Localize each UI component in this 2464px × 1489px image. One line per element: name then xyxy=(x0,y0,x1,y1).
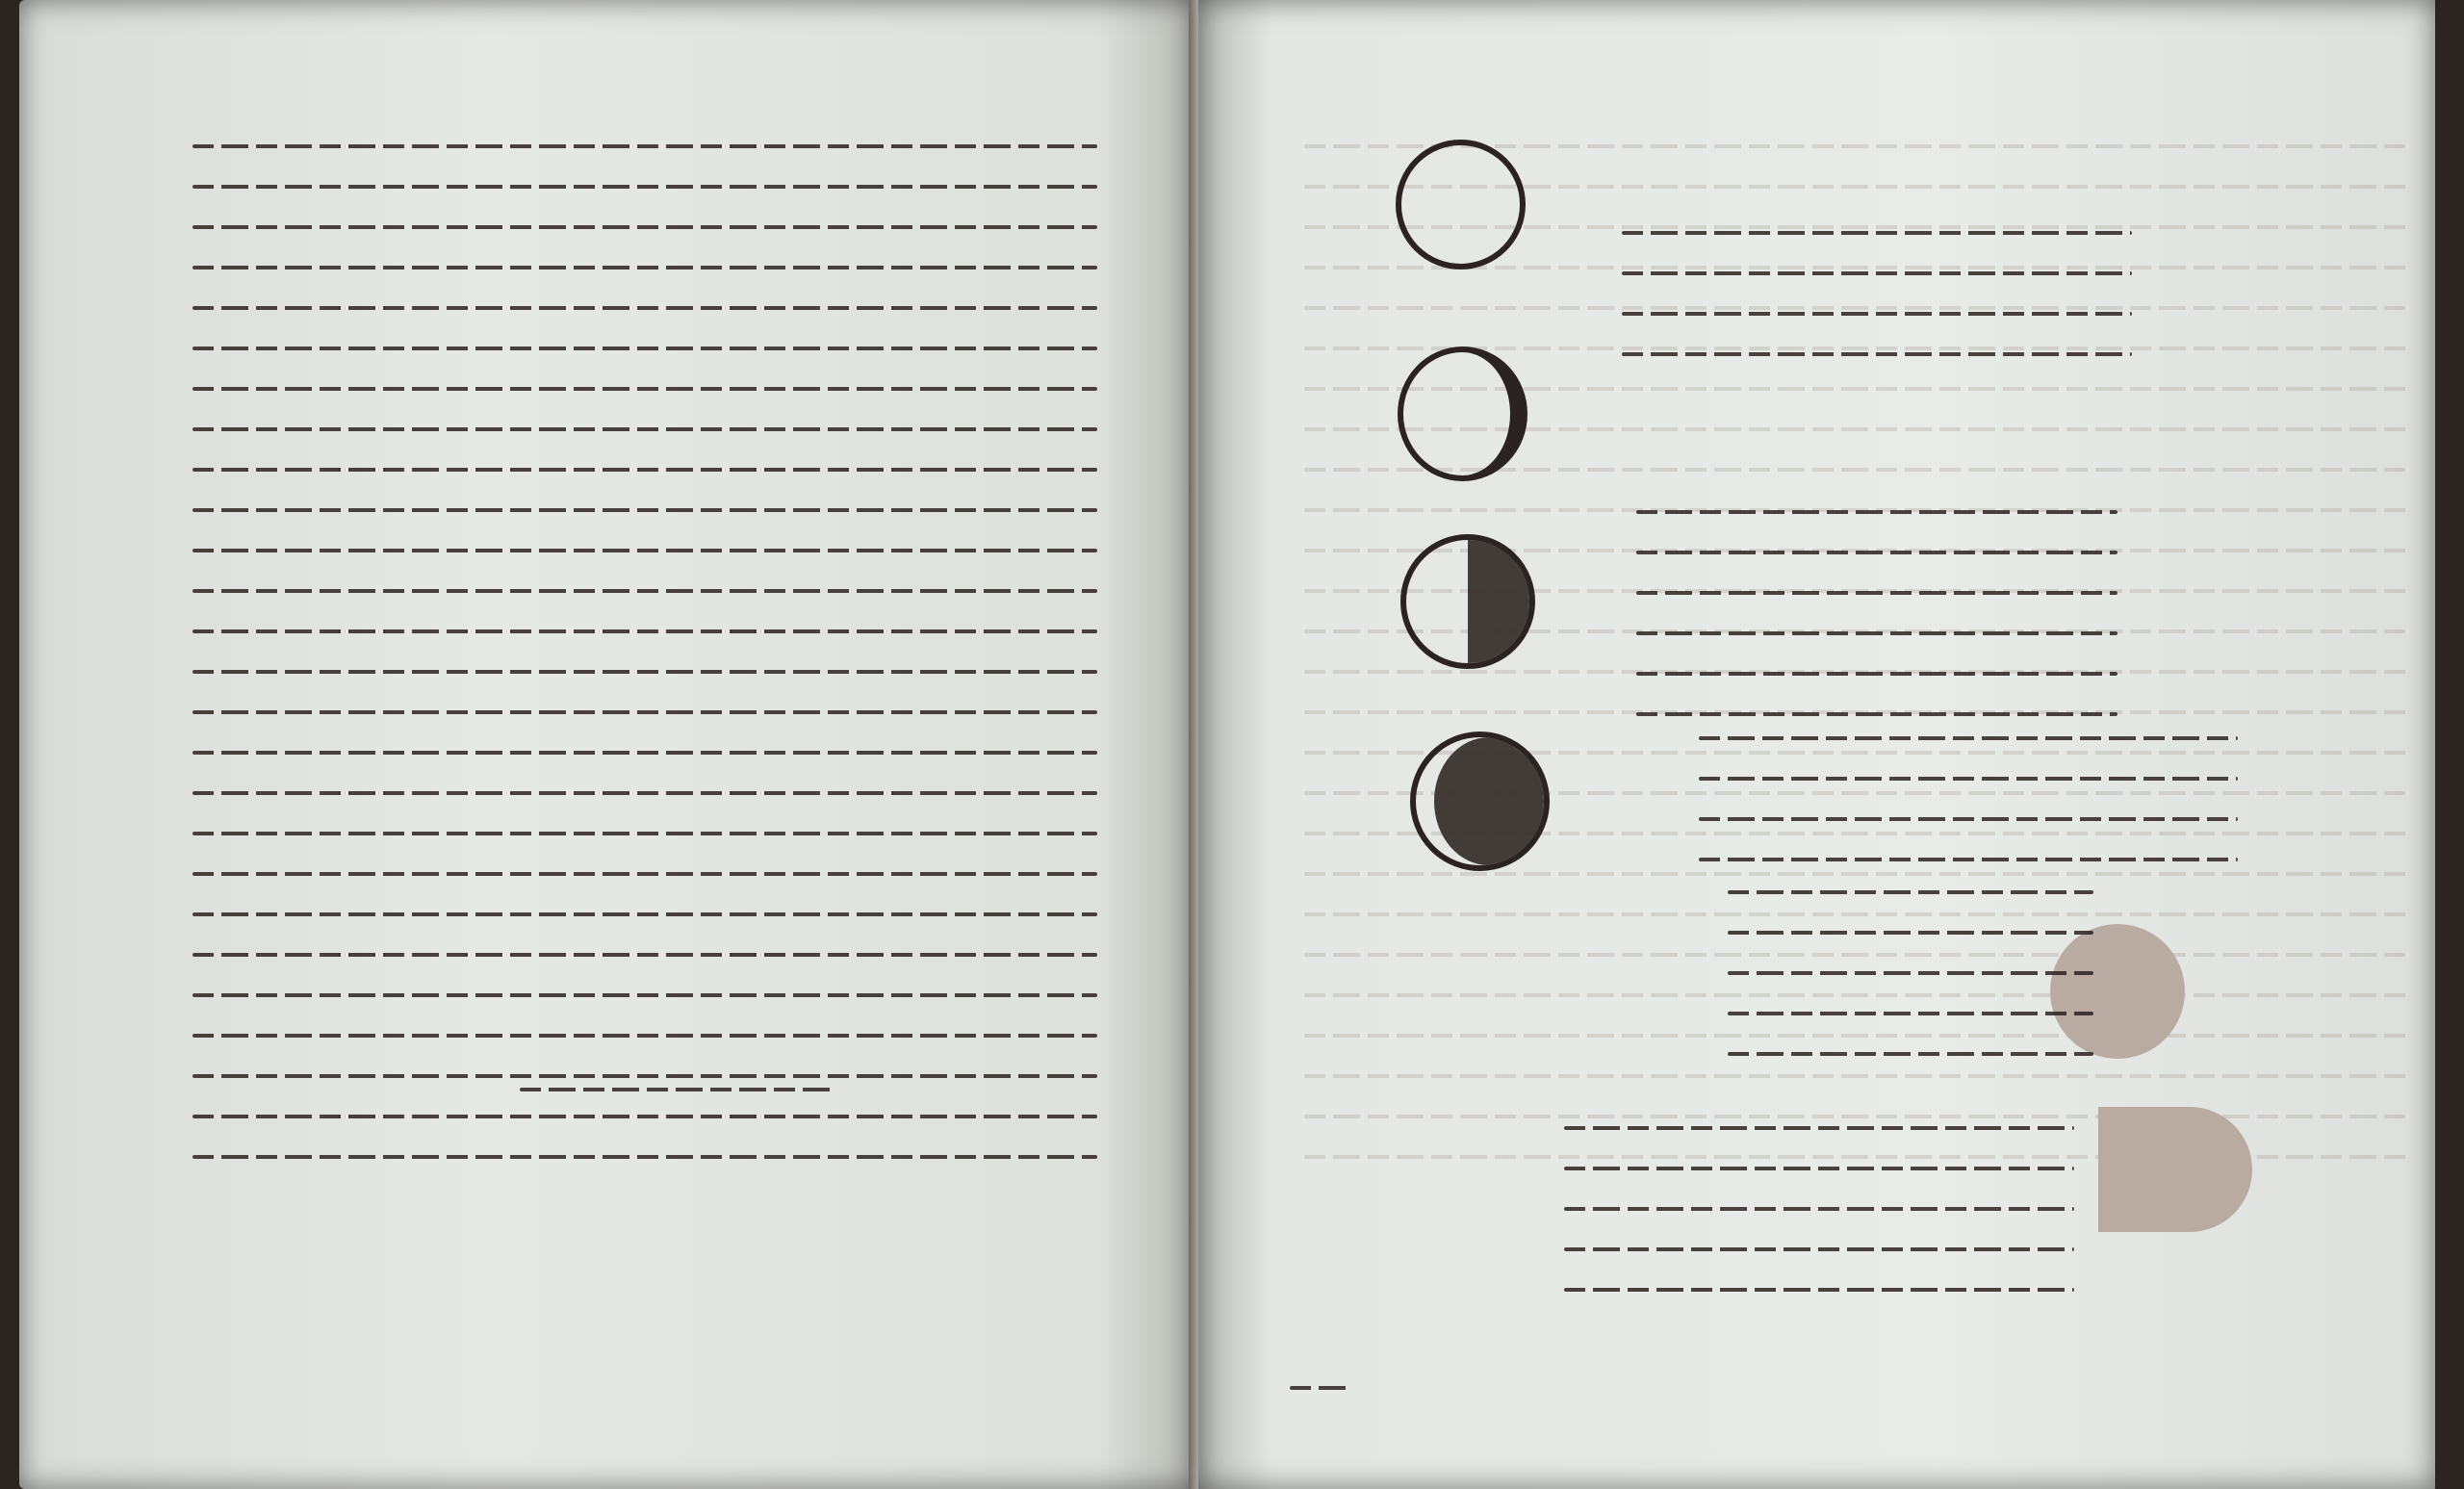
right-text-block-2 xyxy=(1636,510,2117,753)
faint-half-figure xyxy=(2098,1107,2252,1232)
left-closing-line xyxy=(520,1088,837,1128)
right-text-block-3 xyxy=(1699,736,2238,898)
gibbous-dark-figure xyxy=(1410,732,1550,871)
full-moon-outline-figure xyxy=(1396,140,1526,270)
left-page xyxy=(19,0,1193,1489)
right-text-block-5 xyxy=(1564,1126,2074,1328)
half-moon-figure xyxy=(1400,534,1535,669)
right-text-block-4 xyxy=(1728,890,2093,1092)
catchword xyxy=(1290,1386,1347,1426)
right-page xyxy=(1198,0,2435,1489)
thin-crescent-figure xyxy=(1398,347,1527,481)
left-text-block xyxy=(192,144,1097,1195)
right-text-block-1 xyxy=(1622,231,2132,393)
